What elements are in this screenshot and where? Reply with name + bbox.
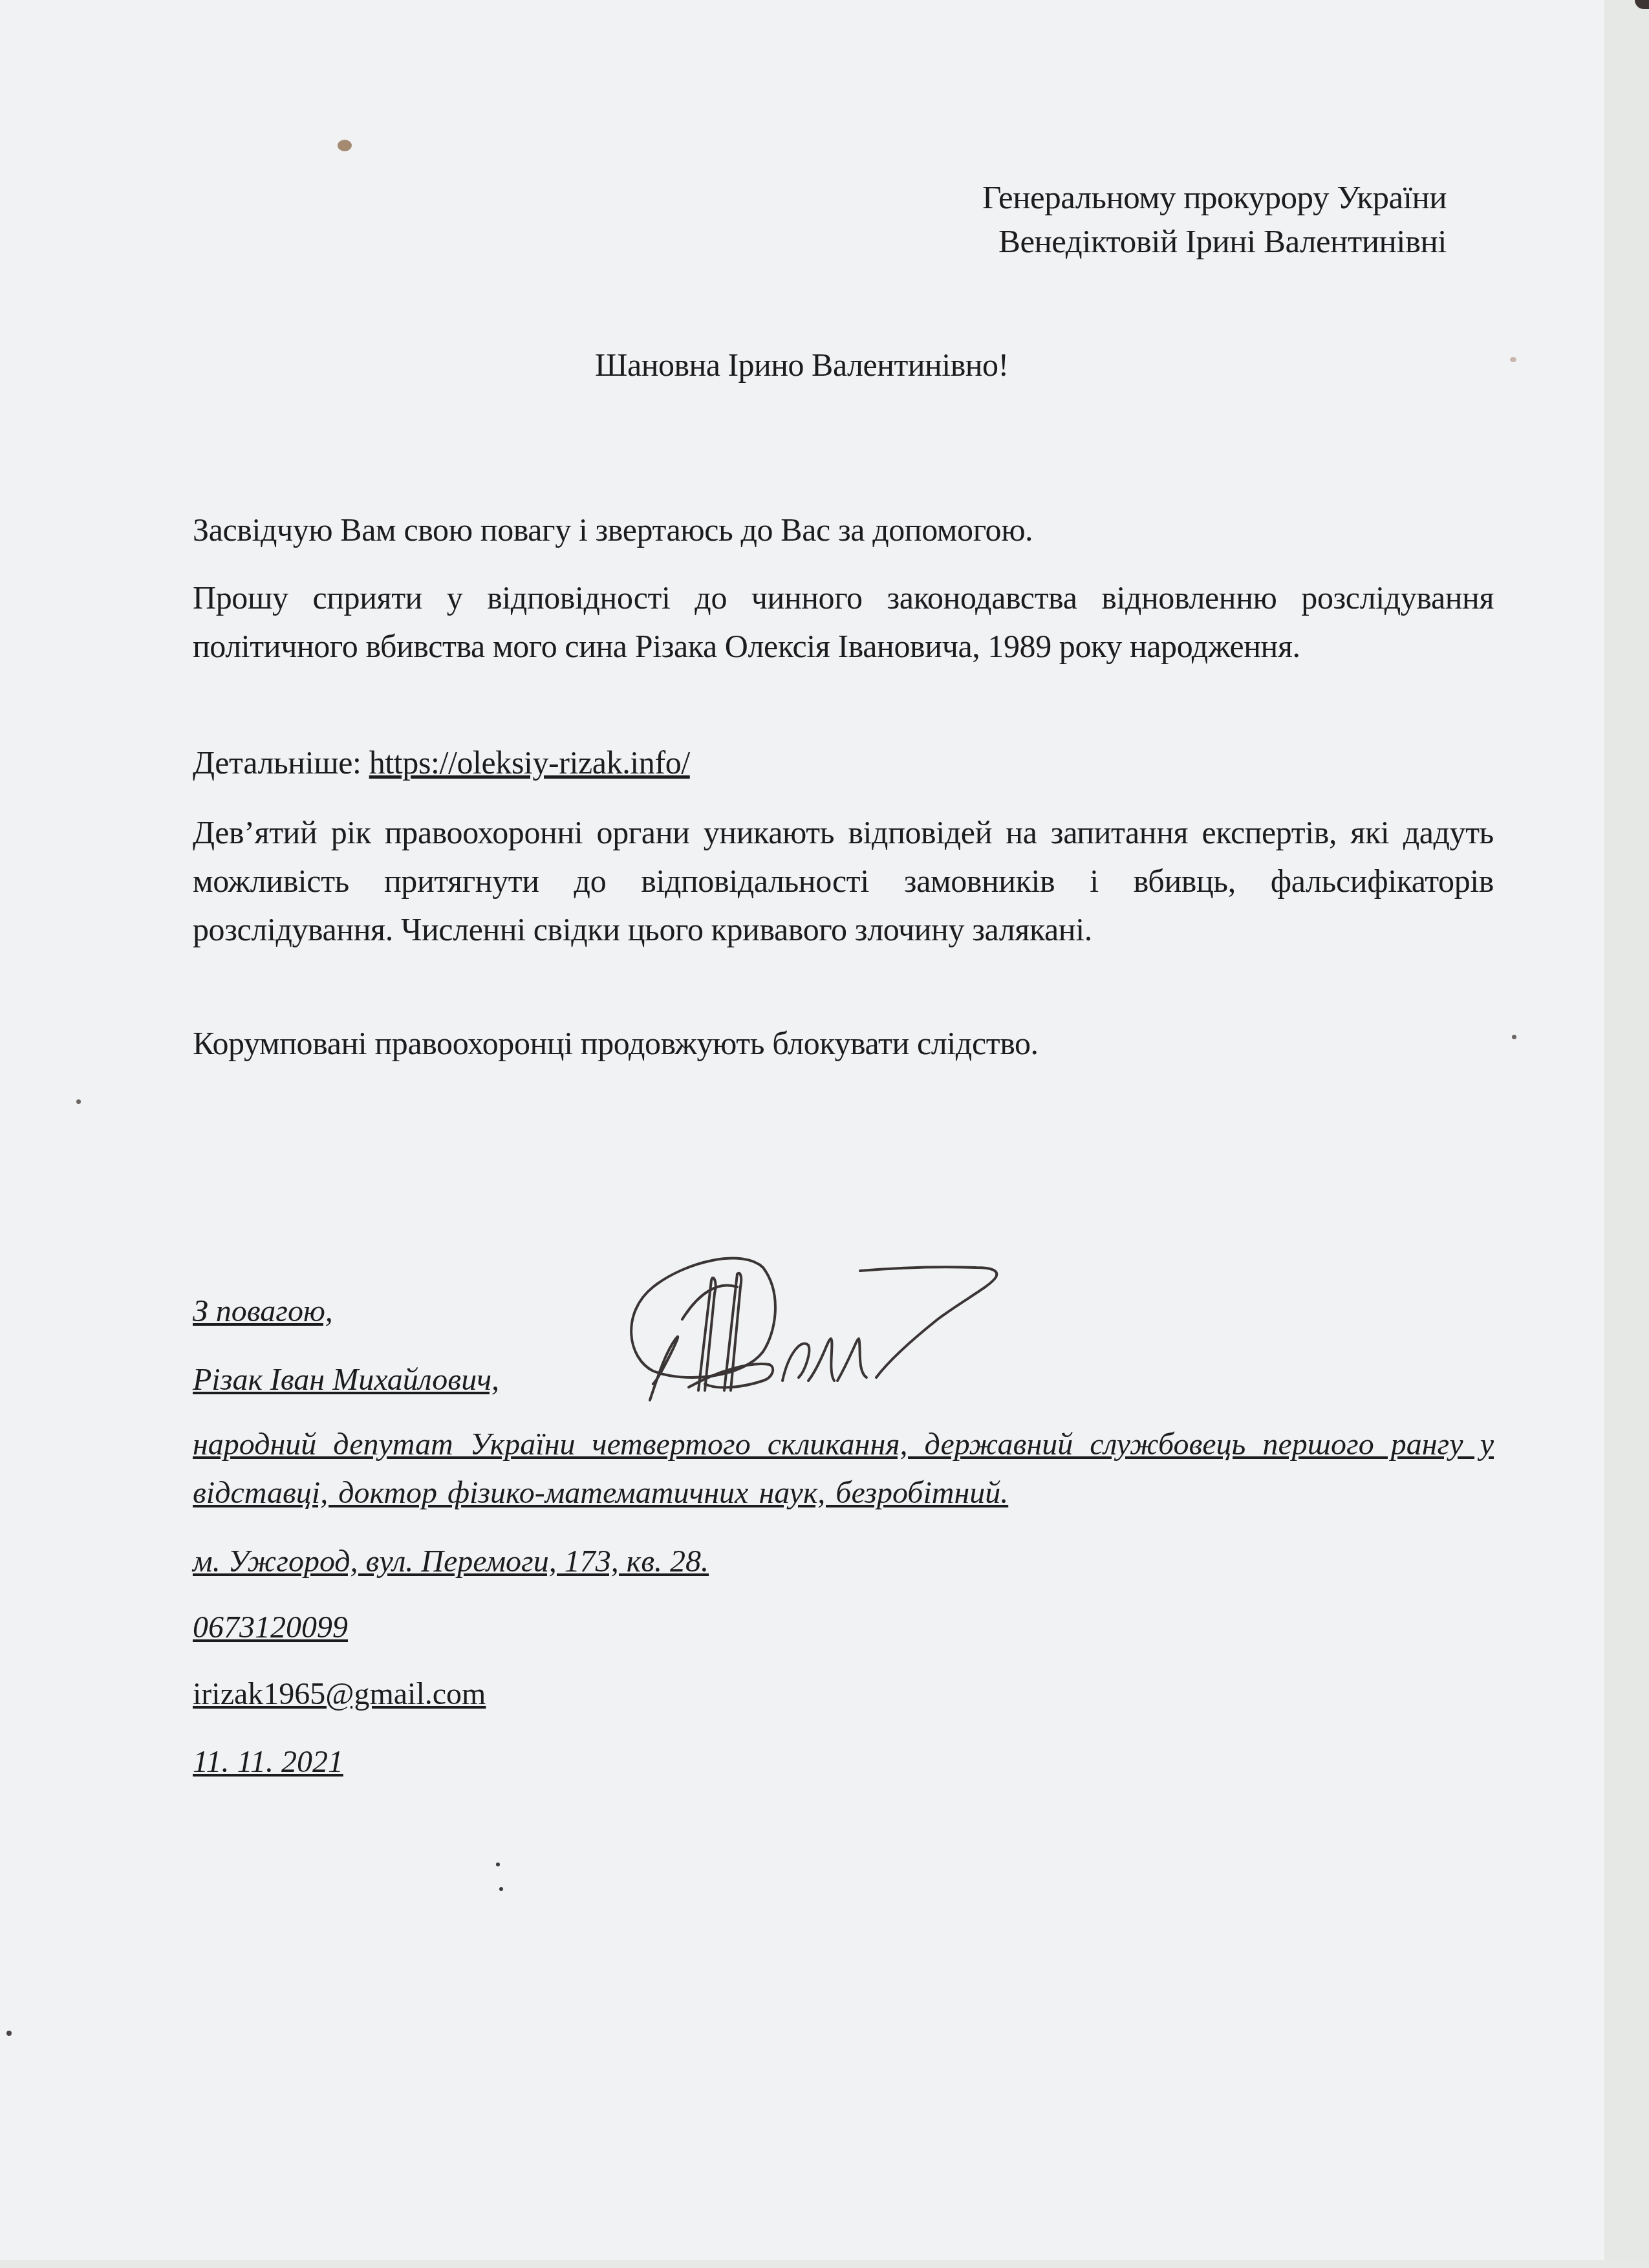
- signer-email[interactable]: irizak1965@gmail.com: [193, 1675, 486, 1714]
- scanner-edge-right: [1604, 0, 1649, 2268]
- scanned-letter-page: Генеральному прокурору України Венедікто…: [0, 0, 1604, 2260]
- handwritten-signature-icon: [614, 1242, 1145, 1413]
- scan-speck: [338, 140, 352, 151]
- scanner-edge-bottom: [0, 2260, 1649, 2268]
- scan-speck: [1510, 357, 1516, 362]
- letter-date: 11. 11. 2021: [193, 1743, 343, 1782]
- details-label: Детальніше:: [193, 744, 369, 781]
- signer-name: Різак Іван Михайлович,: [193, 1361, 499, 1399]
- body-paragraph-4: Дев’ятий рік правоохоронні органи уникаю…: [193, 808, 1494, 954]
- scan-speck: [496, 1863, 500, 1866]
- scan-speck: [6, 2031, 12, 2036]
- body-paragraph-3: Детальніше: https://oleksiy-rizak.info/: [193, 739, 1494, 787]
- signer-title: народний депутат України четвертого скли…: [193, 1420, 1494, 1517]
- body-paragraph-5: Корумповані правоохоронці продовжують бл…: [193, 1019, 1494, 1068]
- scan-speck: [1512, 1035, 1516, 1039]
- signer-phone: 0673120099: [193, 1608, 348, 1647]
- closing-regards: З повагою,: [193, 1292, 333, 1331]
- body-paragraph-1: Засвідчую Вам свою повагу і звертаюсь до…: [193, 506, 1494, 554]
- scan-speck: [499, 1887, 503, 1891]
- scan-speck: [76, 1099, 81, 1104]
- website-link[interactable]: https://oleksiy-rizak.info/: [369, 744, 690, 781]
- addressee-line-1: Генеральному прокурору України: [982, 178, 1447, 217]
- body-paragraph-2: Прошу сприяти у відповідності до чинного…: [193, 574, 1494, 671]
- salutation: Шановна Ірино Валентинівно!: [595, 345, 1009, 384]
- addressee-line-2: Венедіктовій Ірині Валентинівні: [998, 222, 1447, 261]
- signer-address: м. Ужгород, вул. Перемоги, 173, кв. 28.: [193, 1542, 709, 1581]
